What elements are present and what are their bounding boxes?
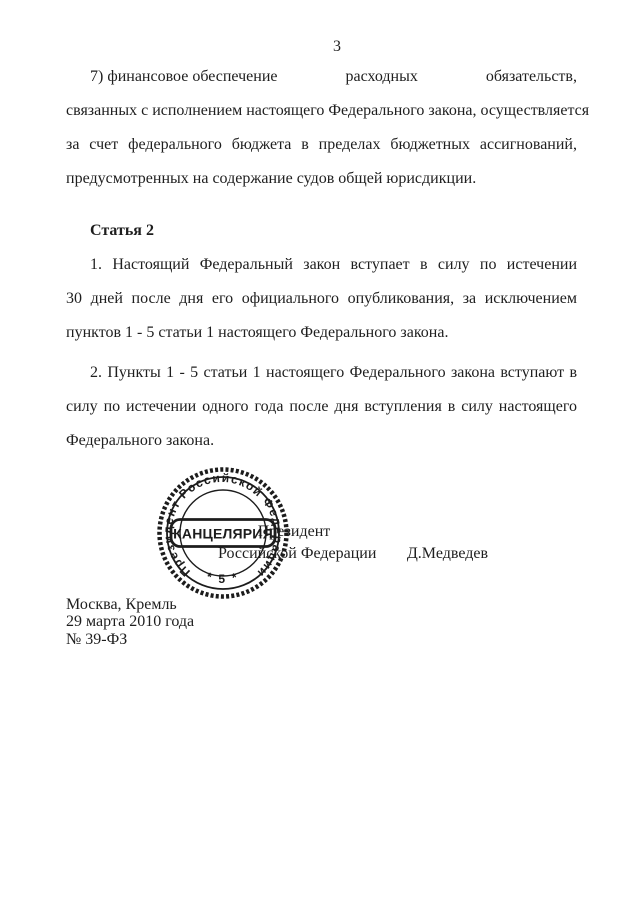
document-page: 3 7) финансовое обеспечение расходных об…: [0, 0, 640, 900]
svg-text:* 5 *: * 5 *: [205, 569, 241, 586]
body-text: 7) финансовое обеспечение расходных обяз…: [66, 60, 577, 458]
article-2-clause-2: 2. Пункты 1 - 5 статьи 1 настоящего Феде…: [66, 356, 577, 458]
paragraph-7: 7) финансовое обеспечение расходных обяз…: [66, 60, 577, 196]
stamp-center-text: КАНЦЕЛЯРИЯ: [173, 526, 273, 542]
article-2-heading: Статья 2: [66, 214, 577, 248]
chancellery-stamp: Президент Российской Федерации * 5 * КАН…: [156, 466, 290, 600]
text-line: 1. Настоящий Федеральный закон вступает …: [66, 248, 577, 282]
text-line: 7) финансовое обеспечение расходных обяз…: [66, 60, 577, 94]
text-line: за счет федерального бюджета в пределах …: [66, 128, 577, 162]
footer-number: № 39-ФЗ: [66, 631, 194, 648]
text-line: связанных с исполнением настоящего Федер…: [66, 94, 577, 128]
article-2-clause-1: 1. Настоящий Федеральный закон вступает …: [66, 248, 577, 350]
footer-date: 29 марта 2010 года: [66, 613, 194, 630]
page-number: 3: [66, 38, 608, 56]
stamp-graphic: Президент Российской Федерации * 5 * КАН…: [156, 466, 290, 600]
text-segment: расходных: [345, 60, 417, 94]
text-line: 2. Пункты 1 - 5 статьи 1 настоящего Феде…: [66, 356, 577, 390]
footer-block: Москва, Кремль 29 марта 2010 года № 39-Ф…: [66, 596, 194, 648]
text-line: 30 дней после дня его официального опубл…: [66, 282, 577, 316]
text-line: пунктов 1 - 5 статьи 1 настоящего Федера…: [66, 316, 577, 350]
president-name: Д.Медведев: [407, 543, 488, 565]
footer-place: Москва, Кремль: [66, 596, 194, 613]
stamp-number: * 5 *: [205, 569, 241, 586]
text-segment: обязательств,: [486, 60, 577, 94]
text-line: предусмотренных на содержание судов обще…: [66, 162, 577, 196]
text-segment: 7) финансовое обеспечение: [90, 60, 278, 94]
text-line: силу по истечении одного года после дня …: [66, 390, 577, 424]
text-line: Федерального закона.: [66, 424, 577, 458]
